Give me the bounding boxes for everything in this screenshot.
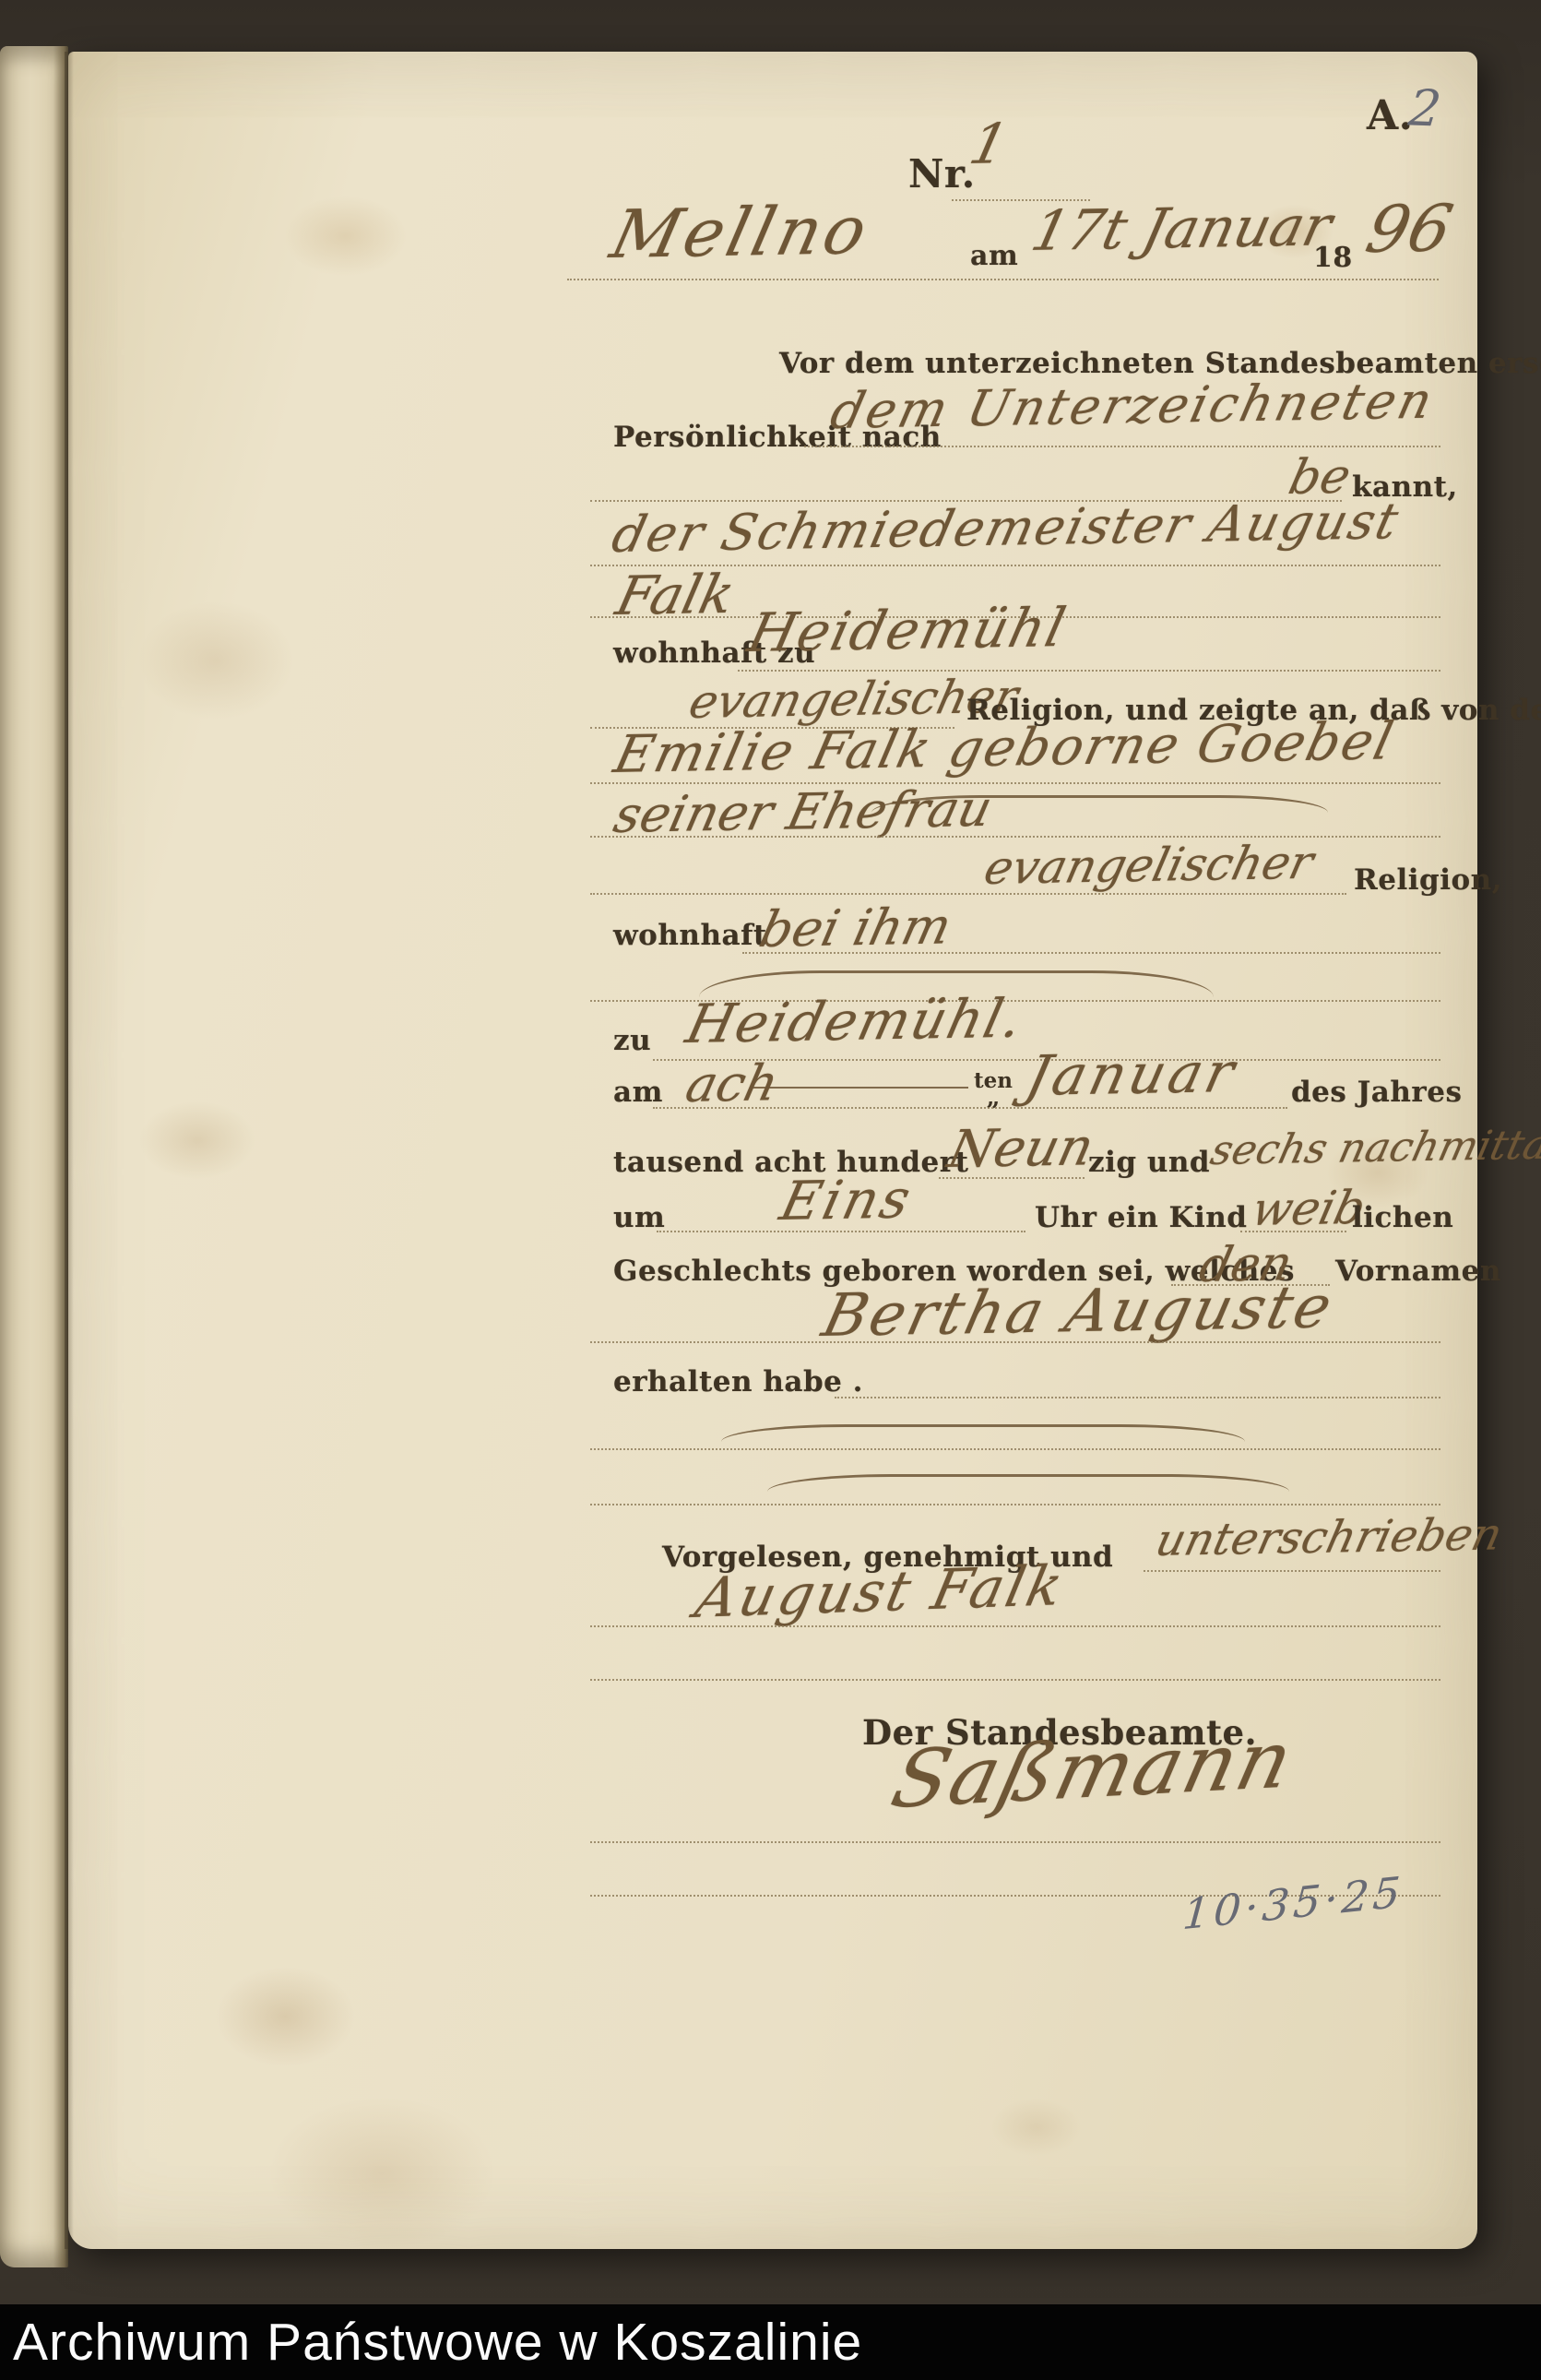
am-birth-printed: am — [613, 1076, 663, 1109]
year-century-printed: 18 — [1313, 242, 1353, 274]
ten-superscript: ten „ — [974, 1072, 1013, 1105]
declarant-signature-handwritten: August Falk — [690, 1553, 1071, 1631]
ink-strike-stroke — [721, 1424, 1245, 1442]
birth-time-handwritten: Eins — [775, 1168, 919, 1232]
ink-strike-stroke — [767, 1474, 1289, 1492]
place-handwritten: Mellno — [604, 191, 878, 273]
archive-bar: Archiwum Państwowe w Koszalinie — [0, 2304, 1541, 2380]
residence-handwritten: Heidemühl — [742, 596, 1073, 664]
dotted-rule — [590, 893, 1346, 895]
birth-day-handwritten: ach — [681, 1053, 784, 1113]
dotted-rule — [738, 670, 1440, 672]
book-page-edge — [0, 46, 68, 2267]
year-decade-handwritten: Neun — [942, 1117, 1099, 1180]
child-names-handwritten: Bertha Auguste — [816, 1273, 1340, 1351]
uhr-printed: Uhr ein Kind — [1035, 1201, 1247, 1234]
dotted-rule — [835, 1397, 1440, 1398]
zig-und-printed: zig und — [1088, 1146, 1210, 1179]
archive-label: Archiwum Państwowe w Koszalinie — [0, 2312, 862, 2373]
dotted-rule — [590, 1504, 1440, 1505]
dotted-rule — [657, 1231, 1025, 1232]
lichen-printed: lichen — [1352, 1201, 1453, 1234]
birthplace-handwritten: Heidemühl. — [681, 987, 1030, 1055]
dotted-rule — [590, 1679, 1440, 1681]
binding-crease — [65, 52, 74, 2249]
erhalten-printed: erhalten habe . — [613, 1365, 863, 1398]
ink-strike-stroke — [871, 795, 1328, 813]
vornamen-printed: Vornamen — [1335, 1255, 1501, 1288]
pencil-page-number: 2 — [1406, 78, 1444, 137]
dotted-rule — [939, 1177, 1085, 1179]
zu-printed: zu — [613, 1024, 651, 1057]
religion2-printed: Religion, — [1354, 863, 1502, 897]
dotted-rule — [590, 1841, 1440, 1843]
dotted-rule — [590, 1625, 1440, 1627]
dotted-rule — [590, 1448, 1440, 1450]
religion2-handwritten: evangelischer — [979, 836, 1319, 895]
des-jahres-printed: des Jahres — [1291, 1076, 1462, 1109]
dotted-rule — [804, 446, 1440, 447]
dotted-rule — [1240, 1231, 1346, 1232]
residence2-handwritten: bei ihm — [754, 897, 957, 958]
unterschrieben-handwritten: unterschrieben — [1151, 1509, 1507, 1566]
dotted-rule — [590, 1341, 1440, 1343]
um-printed: um — [613, 1201, 665, 1234]
dotted-rule — [653, 1107, 1287, 1109]
dotted-rule — [1144, 1570, 1440, 1572]
dotted-rule — [567, 279, 1439, 280]
am-label: am — [970, 240, 1018, 272]
birth-month-handwritten: Januar — [1020, 1041, 1244, 1109]
year-unit-handwritten: sechs nachmittags — [1206, 1121, 1541, 1174]
dotted-rule — [742, 952, 1440, 954]
identified-by-handwritten: dem Unterzeichneten — [825, 372, 1440, 440]
ink-dash-stroke — [752, 1087, 968, 1089]
date-handwritten: 17t Januar — [1025, 194, 1338, 264]
archive-photo: A. 2 Nr. 1 Mellno am 17t Januar 18 96 Vo… — [0, 0, 1541, 2380]
wohnhaft-printed: wohnhaft — [613, 919, 767, 952]
